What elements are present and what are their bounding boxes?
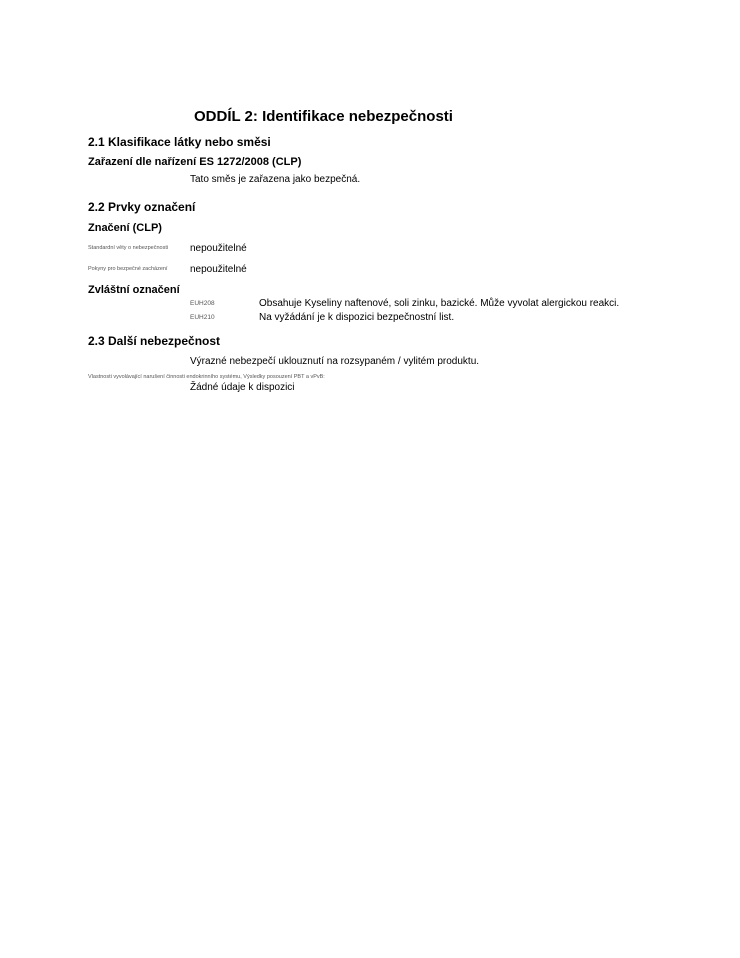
other-hazards-text: Výrazné nebezpečí uklouznutí na rozsypan… (190, 356, 479, 367)
euh-text: Obsahuje Kyseliny naftenové, soli zinku,… (259, 298, 619, 309)
subheading-clp-labelling: Značení (CLP) (88, 222, 162, 234)
heading-2-2: 2.2 Prvky označení (88, 200, 195, 214)
subheading-clp-classification: Zařazení dle nařízení ES 1272/2008 (CLP) (88, 156, 301, 168)
hazard-statements-value: nepoužitelné (190, 243, 247, 254)
euh-text: Na vyžádání je k dispozici bezpečnostní … (259, 312, 454, 323)
euh-code: EUH208 (190, 300, 215, 307)
heading-2-3: 2.3 Další nebezpečnost (88, 334, 220, 348)
endocrine-pbt-value: Žádné údaje k dispozici (190, 382, 295, 393)
endocrine-pbt-label: Vlastnosti vyvolávající narušení činnost… (88, 374, 325, 380)
hazard-statements-label: Standardní věty o nebezpečnosti (88, 245, 168, 251)
precautionary-statements-label: Pokyny pro bezpečné zacházení (88, 266, 168, 272)
special-labelling-heading: Zvláštní označení (88, 284, 180, 296)
precautionary-statements-value: nepoužitelné (190, 264, 247, 275)
section-title: ODDÍL 2: Identifikace nebezpečnosti (194, 108, 453, 125)
euh-code: EUH210 (190, 314, 215, 321)
heading-2-1: 2.1 Klasifikace látky nebo směsi (88, 135, 271, 149)
classification-text: Tato směs je zařazena jako bezpečná. (190, 174, 360, 185)
